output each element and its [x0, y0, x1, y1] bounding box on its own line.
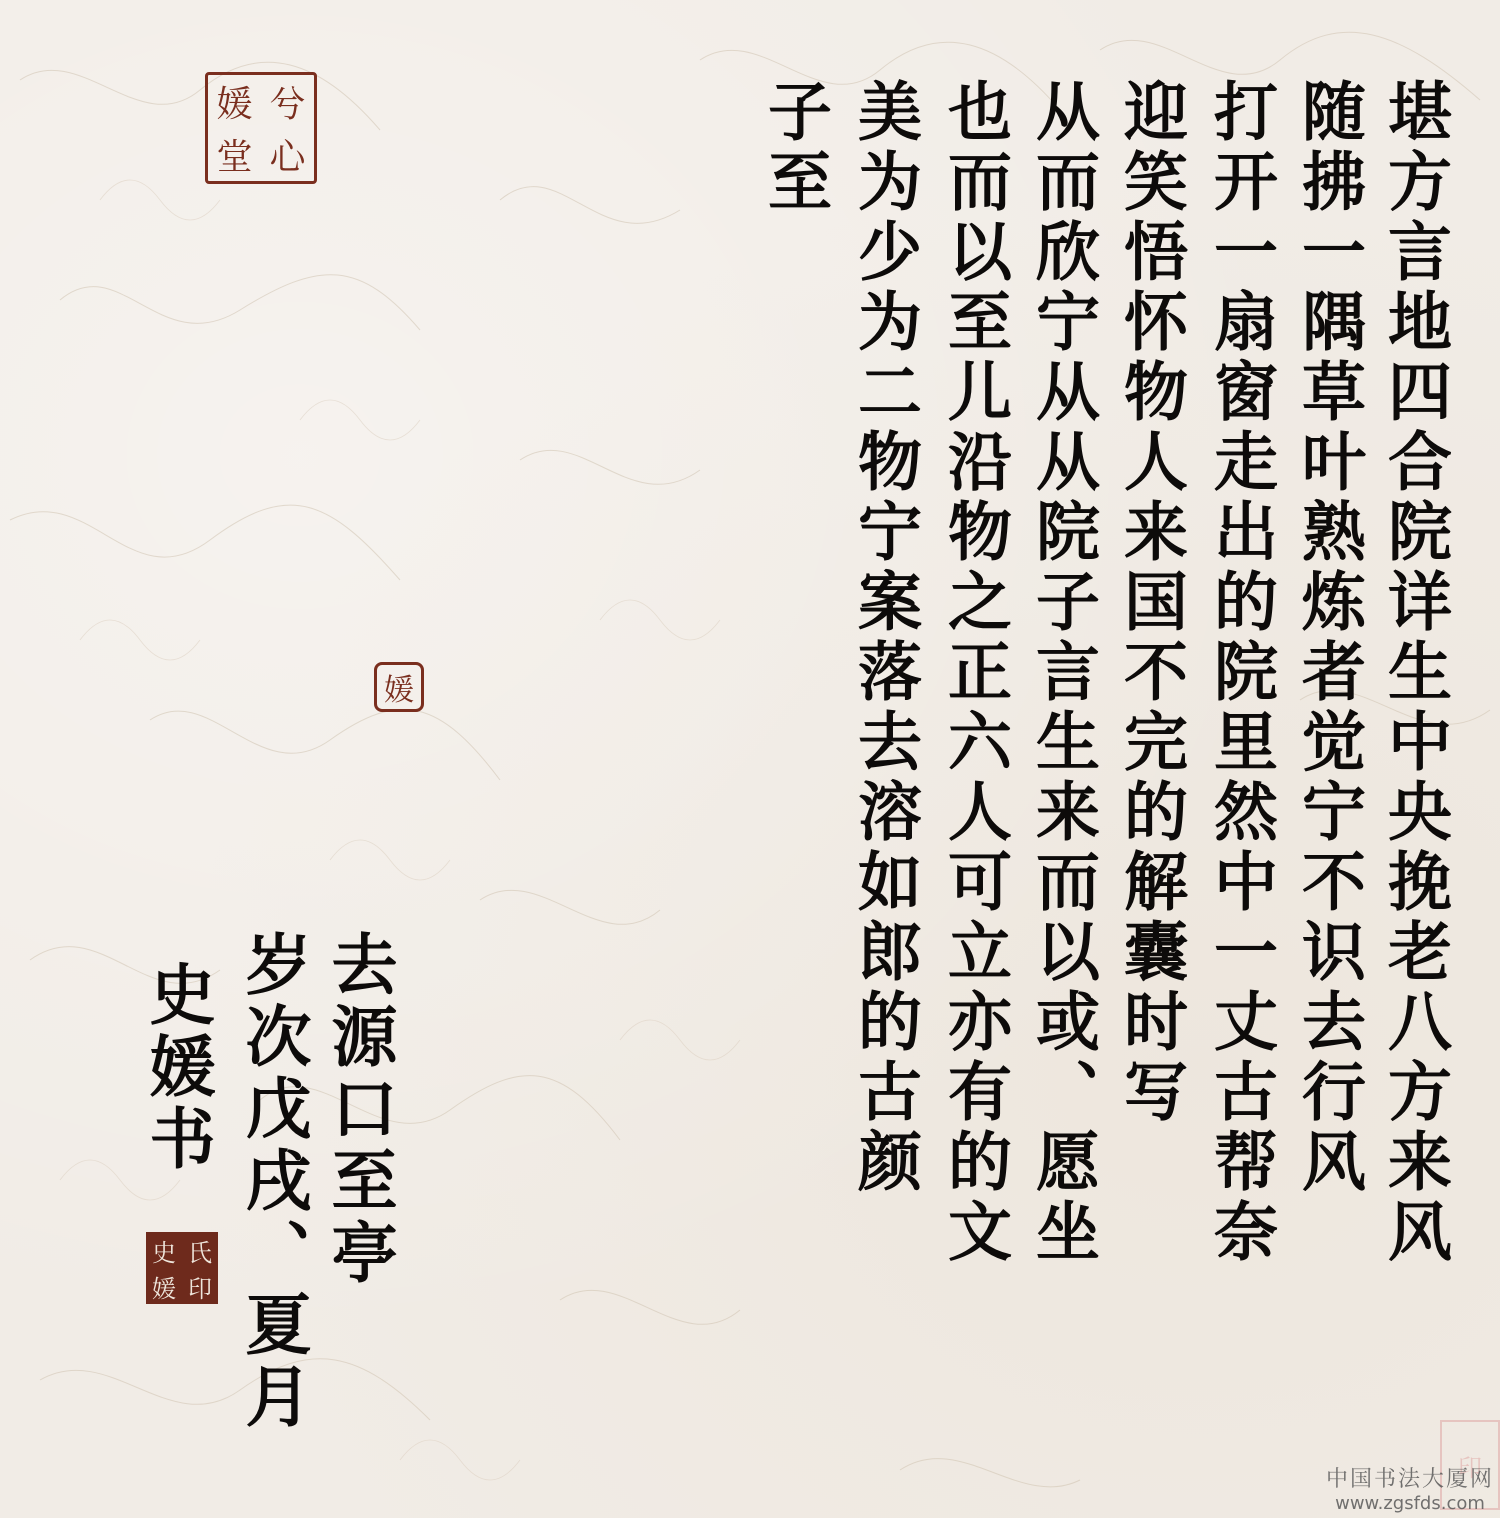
inscription-column-2: 岁次戊戌、夏月 [240, 930, 306, 1434]
signature-seal: 史 氏 媛 印 [146, 1232, 218, 1304]
watermark-chinese: 中国书法大厦网 [1326, 1462, 1494, 1493]
main-column-7: 美为少为二物宁案落去溶如郎的古颜 [852, 78, 916, 1198]
seal-char: 堂 [216, 129, 252, 180]
main-column-2: 随拂一隅草叶熟炼者觉宁不识去行风 [1296, 78, 1360, 1198]
seal-char: 兮 [269, 76, 305, 127]
seal-char: 心 [269, 129, 305, 180]
main-column-3: 打开一扇窗走出的院里然中一丈古帮奈 [1208, 78, 1272, 1268]
main-column-4: 迎笑悟怀物人来国不完的解囊时写 [1118, 78, 1182, 1128]
main-column-8: 子至 [762, 78, 826, 218]
seal-char: 媛 [152, 1269, 176, 1304]
seal-char: 媛 [216, 76, 252, 127]
middle-seal: 媛 [374, 662, 424, 712]
main-column-5: 从而欣宁从从院子言生来而以或、愿坐 [1030, 78, 1094, 1268]
seal-char: 氏 [188, 1233, 212, 1268]
seal-char: 史 [152, 1233, 176, 1268]
main-column-1: 堪方言地四合院详生中央挽老八方来风 [1382, 78, 1446, 1268]
site-watermark: 中国书法大厦网 www.zgsfds.com [1326, 1462, 1494, 1514]
inscription-column-1: 去源口至亭 [326, 930, 392, 1290]
top-left-seal: 媛 兮 堂 心 [205, 72, 317, 184]
inscription-column-3: 史媛书 [144, 960, 210, 1176]
calligraphy-paper: 堪方言地四合院详生中央挽老八方来风 随拂一隅草叶熟炼者觉宁不识去行风 打开一扇窗… [0, 0, 1500, 1518]
main-column-6: 也而以至儿沿物之正六人可立亦有的文 [942, 78, 1006, 1268]
watermark-url: www.zgsfds.com [1326, 1493, 1494, 1514]
seal-char: 媛 [384, 665, 414, 709]
seal-char: 印 [188, 1269, 212, 1304]
